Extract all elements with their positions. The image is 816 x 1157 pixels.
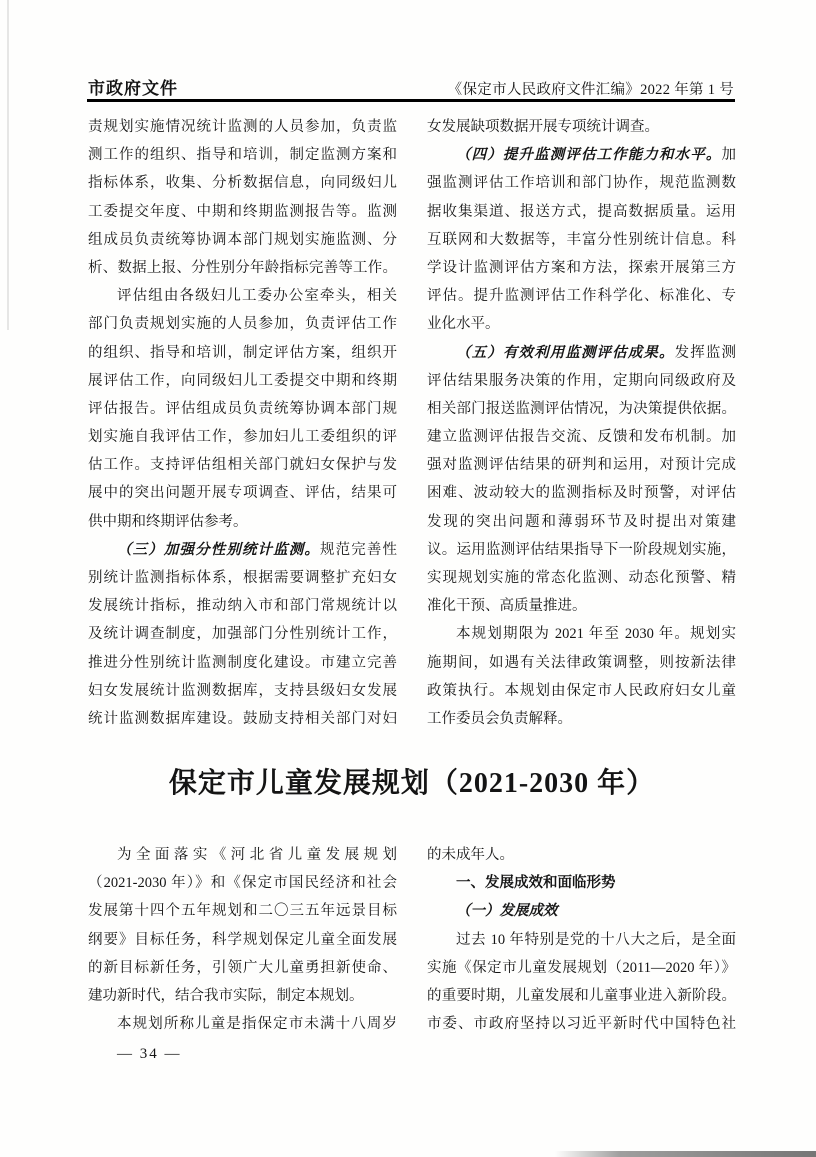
text-line: 准化干预、高质量推进。	[427, 592, 736, 620]
text-run: 实现规划实施的常态化监测、动态化预警、精	[427, 570, 736, 586]
text-line: 的未成年人。	[427, 841, 736, 869]
text-run: 议。运用监测评估结果指导下一阶段规划实施，	[427, 542, 736, 558]
text-line: （四）提升监测评估工作能力和水平。加	[427, 141, 736, 169]
text-line: 学设计监测评估方案和方法，探索开展第三方	[427, 254, 736, 282]
text-line: 强对监测评估结果的研判和运用，对预计完成	[427, 451, 736, 479]
text-run: 加	[722, 147, 737, 163]
text-line: 互联网和大数据等，丰富分性别统计信息。科	[427, 226, 736, 254]
header-compilation-ref: 《保定市人民政府文件汇编》2022 年第 1 号	[448, 78, 734, 99]
text-run: 强监测评估工作培训和部门协作，规范监测数	[427, 175, 736, 191]
text-line: 建功新时代，结合我市实际，制定本规划。	[88, 982, 397, 1010]
text-run: 业化水平。	[427, 316, 500, 332]
bottom-left-column: 为全面落实《河北省儿童发展规划（2021-2030 年）》和《保定市国民经济和社…	[88, 841, 397, 1038]
text-line: 展评估工作，向同级妇儿工委提交中期和终期	[88, 367, 397, 395]
text-run: 评估。提升监测评估工作科学化、标准化、专	[427, 288, 736, 304]
page-header: 市政府文件 《保定市人民政府文件汇编》2022 年第 1 号	[88, 74, 734, 99]
text-line: 指标体系，收集、分析数据信息，向同级妇儿	[88, 169, 397, 197]
text-line: 的重要时期，儿童发展和儿童事业进入新阶段。	[427, 982, 736, 1010]
text-run: 析、数据上报、分性别分年龄指标完善等工作。	[88, 260, 397, 276]
text-run: 供中期和终期评估参考。	[88, 514, 248, 530]
text-line: 工作委员会负责解释。	[427, 705, 736, 733]
scan-artifact-bottom-edge	[555, 1151, 816, 1157]
text-run: 展评估工作，向同级妇儿工委提交中期和终期	[88, 373, 397, 389]
text-run: 过去 10 年特别是党的十八大之后，是全面	[456, 932, 736, 948]
text-run: 统计监测数据库建设。鼓励支持相关部门对妇	[88, 711, 397, 727]
text-line: 纲要》目标任务，科学规划保定儿童全面发展	[88, 926, 397, 954]
header-rule	[87, 99, 735, 102]
heading-run: （四）提升监测评估工作能力和水平。	[456, 147, 722, 163]
text-line: 妇女发展统计监测数据库，支持县级妇女发展	[88, 677, 397, 705]
text-line: 测工作的组织、指导和培训，制定监测方案和	[88, 141, 397, 169]
top-section: 责规划实施情况统计监测的人员参加，负责监测工作的组织、指导和培训，制定监测方案和…	[88, 113, 736, 733]
text-line: 组成员负责统筹协调本部门规划实施监测、分	[88, 226, 397, 254]
text-run: 政策执行。本规划由保定市人民政府妇女儿童	[427, 683, 736, 699]
text-run: 的未成年人。	[427, 847, 514, 863]
text-run: 评估报告。评估组成员负责统筹协调本部门规	[88, 401, 397, 417]
text-line: 及统计调查制度，加强部门分性别统计工作，	[88, 620, 397, 648]
bottom-section: 为全面落实《河北省儿童发展规划（2021-2030 年）》和《保定市国民经济和社…	[88, 841, 736, 1038]
text-run: 建立监测评估报告交流、反馈和发布机制。加	[427, 429, 736, 445]
text-run: 相关部门报送监测评估情况，为决策提供依据。	[427, 401, 736, 417]
text-run: 责规划实施情况统计监测的人员参加，负责监	[88, 119, 397, 135]
top-right-column: 女发展缺项数据开展专项统计调查。（四）提升监测评估工作能力和水平。加强监测评估工…	[427, 113, 736, 733]
text-line: 本规划所称儿童是指保定市未满十八周岁	[88, 1010, 397, 1038]
text-line: 为全面落实《河北省儿童发展规划	[88, 841, 397, 869]
text-run: 的新目标新任务，引领广大儿童勇担新使命、	[88, 960, 397, 976]
text-run: 妇女发展统计监测数据库，支持县级妇女发展	[88, 683, 397, 699]
text-line: 责规划实施情况统计监测的人员参加，负责监	[88, 113, 397, 141]
heading-run: （一）发展成效	[456, 903, 558, 919]
text-line: 评估结果服务决策的作用，定期向同级政府及	[427, 367, 736, 395]
text-line: 发现的突出问题和薄弱环节及时提出对策建	[427, 508, 736, 536]
text-line: 女发展缺项数据开展专项统计调查。	[427, 113, 736, 141]
text-run: 展中的突出问题开展专项调查、评估，结果可	[88, 485, 397, 501]
text-line: 困难、波动较大的监测指标及时预警，对评估	[427, 479, 736, 507]
text-line: 发展统计指标，推动纳入市和部门常规统计以	[88, 592, 397, 620]
text-run: 规范完善性	[320, 542, 397, 558]
article-title: 保定市儿童发展规划（2021-2030 年）	[88, 755, 736, 813]
text-run: 发挥监测	[675, 345, 736, 361]
heading-run: （五）有效利用监测评估成果。	[456, 345, 675, 361]
text-run: 据收集渠道、报送方式，提高数据质量。运用	[427, 204, 736, 220]
text-run: 推进分性别统计监测制度化建设。市建立完善	[88, 655, 397, 671]
heading-run: （三）加强分性别统计监测。	[117, 542, 320, 558]
text-line: （一）发展成效	[427, 897, 736, 925]
text-run: 困难、波动较大的监测指标及时预警，对评估	[427, 485, 736, 501]
text-line: 部门负责规划实施的人员参加，负责评估工作	[88, 310, 397, 338]
text-line: 别统计监测指标体系，根据需要调整扩充妇女	[88, 564, 397, 592]
text-run: 估工作。支持评估组相关部门就妇女保护与发	[88, 457, 397, 473]
text-run: 市委、市政府坚持以习近平新时代中国特色社	[427, 1016, 736, 1032]
text-line: 议。运用监测评估结果指导下一阶段规划实施，	[427, 536, 736, 564]
text-line: 评估。提升监测评估工作科学化、标准化、专	[427, 282, 736, 310]
text-line: 建立监测评估报告交流、反馈和发布机制。加	[427, 423, 736, 451]
text-run: 互联网和大数据等，丰富分性别统计信息。科	[427, 232, 736, 248]
text-line: 业化水平。	[427, 310, 736, 338]
text-run: 发展第十四个五年规划和二〇三五年远景目标	[88, 903, 397, 919]
text-run: 指标体系，收集、分析数据信息，向同级妇儿	[88, 175, 397, 191]
bottom-right-column: 的未成年人。一、发展成效和面临形势（一）发展成效过去 10 年特别是党的十八大之…	[427, 841, 736, 1038]
text-line: 的组织、指导和培训，制定评估方案，组织开	[88, 339, 397, 367]
text-run: 的重要时期，儿童发展和儿童事业进入新阶段。	[427, 988, 736, 1004]
text-run: （2021-2030 年）》和《保定市国民经济和社会	[88, 875, 397, 891]
text-run: 的组织、指导和培训，制定评估方案，组织开	[88, 345, 397, 361]
text-line: 实现规划实施的常态化监测、动态化预警、精	[427, 564, 736, 592]
text-run: 学设计监测评估方案和方法，探索开展第三方	[427, 260, 736, 276]
text-line: 过去 10 年特别是党的十八大之后，是全面	[427, 926, 736, 954]
page-number: — 34 —	[117, 1046, 182, 1063]
text-run: 建功新时代，结合我市实际，制定本规划。	[88, 988, 364, 1004]
text-run: 部门负责规划实施的人员参加，负责评估工作	[88, 316, 397, 332]
scan-artifact-left-edge	[7, 0, 9, 330]
text-line: 划实施自我评估工作，参加妇儿工委组织的评	[88, 423, 397, 451]
text-run: 强对监测评估结果的研判和运用，对预计完成	[427, 457, 736, 473]
text-line: 本规划期限为 2021 年至 2030 年。规划实	[427, 620, 736, 648]
text-line: 据收集渠道、报送方式，提高数据质量。运用	[427, 198, 736, 226]
header-section-label: 市政府文件	[88, 74, 178, 99]
text-line: 评估组由各级妇儿工委办公室牵头，相关	[88, 282, 397, 310]
text-line: 析、数据上报、分性别分年龄指标完善等工作。	[88, 254, 397, 282]
text-line: 供中期和终期评估参考。	[88, 508, 397, 536]
text-run: 本规划所称儿童是指保定市未满十八周岁	[117, 1016, 397, 1032]
text-line: （三）加强分性别统计监测。规范完善性	[88, 536, 397, 564]
text-line: 实施《保定市儿童发展规划（2011—2020 年）》	[427, 954, 736, 982]
text-line: 市委、市政府坚持以习近平新时代中国特色社	[427, 1010, 736, 1038]
text-line: 施期间，如遇有关法律政策调整，则按新法律	[427, 649, 736, 677]
text-line: 工委提交年度、中期和终期监测报告等。监测	[88, 198, 397, 226]
text-line: 政策执行。本规划由保定市人民政府妇女儿童	[427, 677, 736, 705]
text-run: 为全面落实《河北省儿童发展规划	[117, 847, 397, 863]
text-line: 相关部门报送监测评估情况，为决策提供依据。	[427, 395, 736, 423]
heading-run: 一、发展成效和面临形势	[456, 875, 616, 891]
text-run: 工作委员会负责解释。	[427, 711, 572, 727]
text-run: 施期间，如遇有关法律政策调整，则按新法律	[427, 655, 736, 671]
text-line: 推进分性别统计监测制度化建设。市建立完善	[88, 649, 397, 677]
text-line: 估工作。支持评估组相关部门就妇女保护与发	[88, 451, 397, 479]
text-run: 发现的突出问题和薄弱环节及时提出对策建	[427, 514, 736, 530]
text-line: 评估报告。评估组成员负责统筹协调本部门规	[88, 395, 397, 423]
text-run: 及统计调查制度，加强部门分性别统计工作，	[88, 626, 397, 642]
text-run: 实施《保定市儿童发展规划（2011—2020 年）》	[427, 960, 736, 976]
text-run: 测工作的组织、指导和培训，制定监测方案和	[88, 147, 397, 163]
text-line: 一、发展成效和面临形势	[427, 869, 736, 897]
text-run: 评估结果服务决策的作用，定期向同级政府及	[427, 373, 736, 389]
text-run: 本规划期限为 2021 年至 2030 年。规划实	[456, 626, 736, 642]
text-line: 强监测评估工作培训和部门协作，规范监测数	[427, 169, 736, 197]
text-run: 划实施自我评估工作，参加妇儿工委组织的评	[88, 429, 397, 445]
text-run: 组成员负责统筹协调本部门规划实施监测、分	[88, 232, 397, 248]
text-run: 工委提交年度、中期和终期监测报告等。监测	[88, 204, 397, 220]
text-run: 别统计监测指标体系，根据需要调整扩充妇女	[88, 570, 397, 586]
text-line: （2021-2030 年）》和《保定市国民经济和社会	[88, 869, 397, 897]
text-line: （五）有效利用监测评估成果。发挥监测	[427, 339, 736, 367]
text-line: 发展第十四个五年规划和二〇三五年远景目标	[88, 897, 397, 925]
text-run: 评估组由各级妇儿工委办公室牵头，相关	[117, 288, 397, 304]
text-run: 发展统计指标，推动纳入市和部门常规统计以	[88, 598, 397, 614]
text-line: 的新目标新任务，引领广大儿童勇担新使命、	[88, 954, 397, 982]
text-line: 统计监测数据库建设。鼓励支持相关部门对妇	[88, 705, 397, 733]
top-left-column: 责规划实施情况统计监测的人员参加，负责监测工作的组织、指导和培训，制定监测方案和…	[88, 113, 397, 733]
text-run: 女发展缺项数据开展专项统计调查。	[427, 119, 659, 135]
document-page: 市政府文件 《保定市人民政府文件汇编》2022 年第 1 号 责规划实施情况统计…	[0, 0, 816, 1157]
text-line: 展中的突出问题开展专项调查、评估，结果可	[88, 479, 397, 507]
text-run: 准化干预、高质量推进。	[427, 598, 587, 614]
text-run: 纲要》目标任务，科学规划保定儿童全面发展	[88, 932, 397, 948]
